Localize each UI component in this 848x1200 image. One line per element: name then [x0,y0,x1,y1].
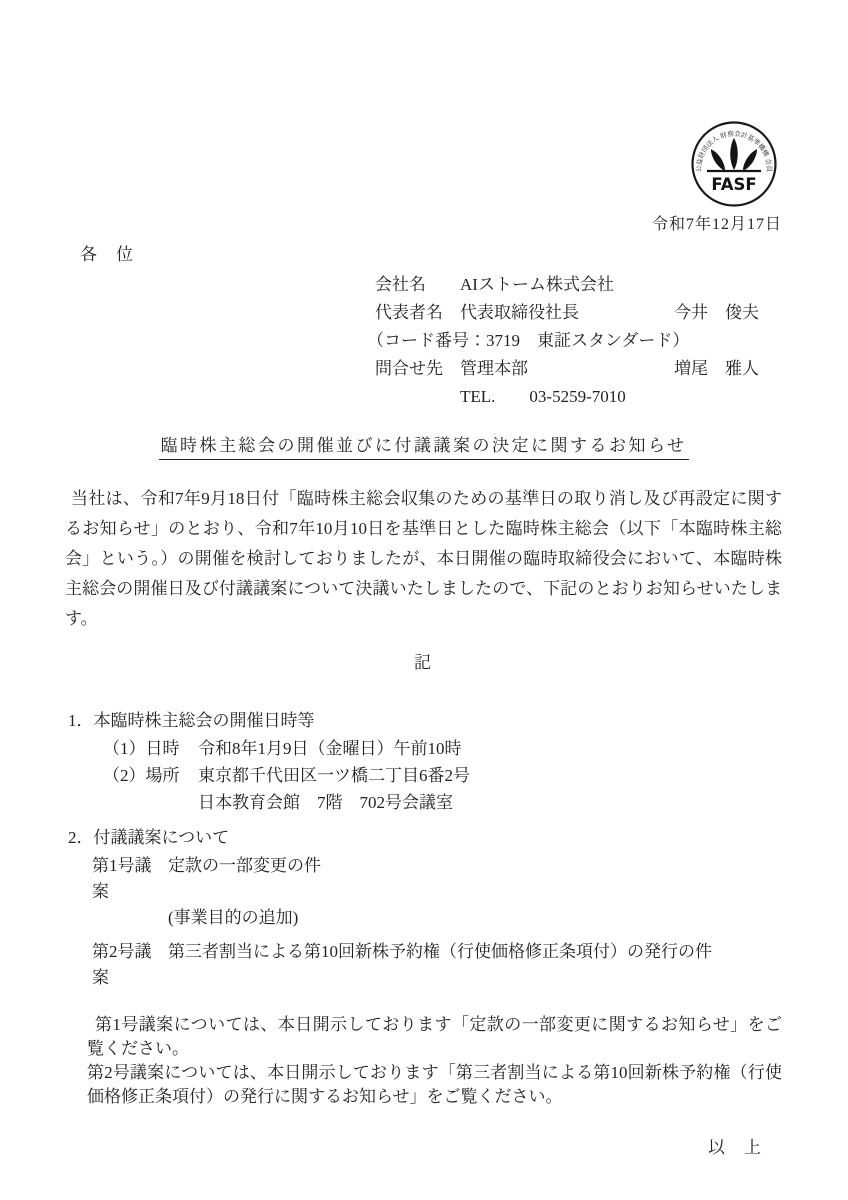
representative-row: 代表者名 代表取締役社長 今井 俊夫 [375,299,782,327]
stock-code-value: （コード番号：3719 東証スタンダード） [367,327,689,355]
company-name-label: 会社名 [375,271,460,299]
agenda-note-2: 第2号議案については、本日開示しております「第三者割当による第10回新株予約権（… [87,1061,782,1109]
record-mark: 記 [65,648,782,673]
phone-value: TEL. 03-5259-7010 [460,383,782,411]
meeting-place-detail-label [103,789,198,816]
fasf-logo-svg: 公益財団法人 財務会計基準機構 会員 FASF [690,120,778,208]
section-agenda: 2．付議議案について 第1号議案 定款の一部変更の件 (事業目的の追加) 第2号… [65,826,782,1109]
agenda-item-1-value: 定款の一部変更の件 [168,853,782,905]
meeting-datetime-value: 令和8年1月9日（金曜日）午前10時 [198,735,782,762]
agenda-item-2-value: 第三者割当による第10回新株予約権（行使価格修正条項付）の発行の件 [168,939,782,991]
meeting-datetime-label: （1）日時 [103,735,198,762]
contact-row: 問合せ先 管理本部 増尾 雅人 [375,355,782,383]
section2-heading: 2．付議議案について [68,826,782,850]
meeting-datetime-row: （1）日時 令和8年1月9日（金曜日）午前10時 [103,735,782,762]
agenda-item-1-sub: (事業目的の追加) [168,905,782,931]
phone-label [375,383,460,411]
agenda-item-2: 第2号議案 第三者割当による第10回新株予約権（行使価格修正条項付）の発行の件 [92,939,782,991]
meeting-place-detail-value: 日本教育会館 7階 702号会議室 [198,789,782,816]
contact-name: 増尾 雅人 [674,355,782,383]
salutation: 各 位 [80,240,782,265]
representative-title: 代表取締役社長 [460,299,674,327]
closing-mark: 以 上 [65,1133,762,1158]
fasf-logo: 公益財団法人 財務会計基準機構 会員 FASF [690,120,778,208]
representative-name: 今井 俊夫 [674,299,782,327]
company-name-value: AIストーム株式会社 [460,271,674,299]
agenda-item-1-label: 第1号議案 [92,853,168,905]
agenda-note-1: 第1号議案については、本日開示しております「定款の一部変更に関するお知らせ」をご… [87,1013,782,1061]
agenda-item-2-label: 第2号議案 [92,939,168,991]
document-date: 令和7年12月17日 [0,211,782,234]
agenda-item-1: 第1号議案 定款の一部変更の件 [92,853,782,905]
contact-department: 管理本部 [460,355,674,383]
contact-label: 問合せ先 [375,355,460,383]
fasf-acronym: FASF [711,175,756,194]
meeting-place-label: （2）場所 [103,762,198,789]
page-title-text: 臨時株主総会の開催並びに付議議案の決定に関するお知らせ [159,431,689,460]
company-name-right [674,271,782,299]
document-page: 公益財団法人 財務会計基準機構 会員 FASF 令和7年12月17日 各 位 会… [0,0,848,1200]
section1-rows: （1）日時 令和8年1月9日（金曜日）午前10時 （2）場所 東京都千代田区一ツ… [65,735,782,816]
section1-heading: 1．本臨時株主総会の開催日時等 [68,709,782,733]
agenda-notes: 第1号議案については、本日開示しております「定款の一部変更に関するお知らせ」をご… [87,1013,782,1109]
intro-paragraph: 当社は、令和7年9月18日付「臨時株主総会収集のための基準日の取り消し及び再設定… [65,484,782,634]
representative-label: 代表者名 [375,299,460,327]
company-name-row: 会社名 AIストーム株式会社 [375,271,782,299]
page-title: 臨時株主総会の開催並びに付議議案の決定に関するお知らせ [65,431,782,460]
stock-code-row: （コード番号：3719 東証スタンダード） [375,327,782,355]
meeting-place-row: （2）場所 東京都千代田区一ツ橋二丁目6番2号 [103,762,782,789]
meeting-place-value: 東京都千代田区一ツ橋二丁目6番2号 [198,762,782,789]
company-info-block: 会社名 AIストーム株式会社 代表者名 代表取締役社長 今井 俊夫 （コード番号… [375,271,782,411]
phone-row: TEL. 03-5259-7010 [375,383,782,411]
meeting-place-detail-row: 日本教育会館 7階 702号会議室 [103,789,782,816]
section-meeting-datetime: 1．本臨時株主総会の開催日時等 （1）日時 令和8年1月9日（金曜日）午前10時… [65,709,782,816]
